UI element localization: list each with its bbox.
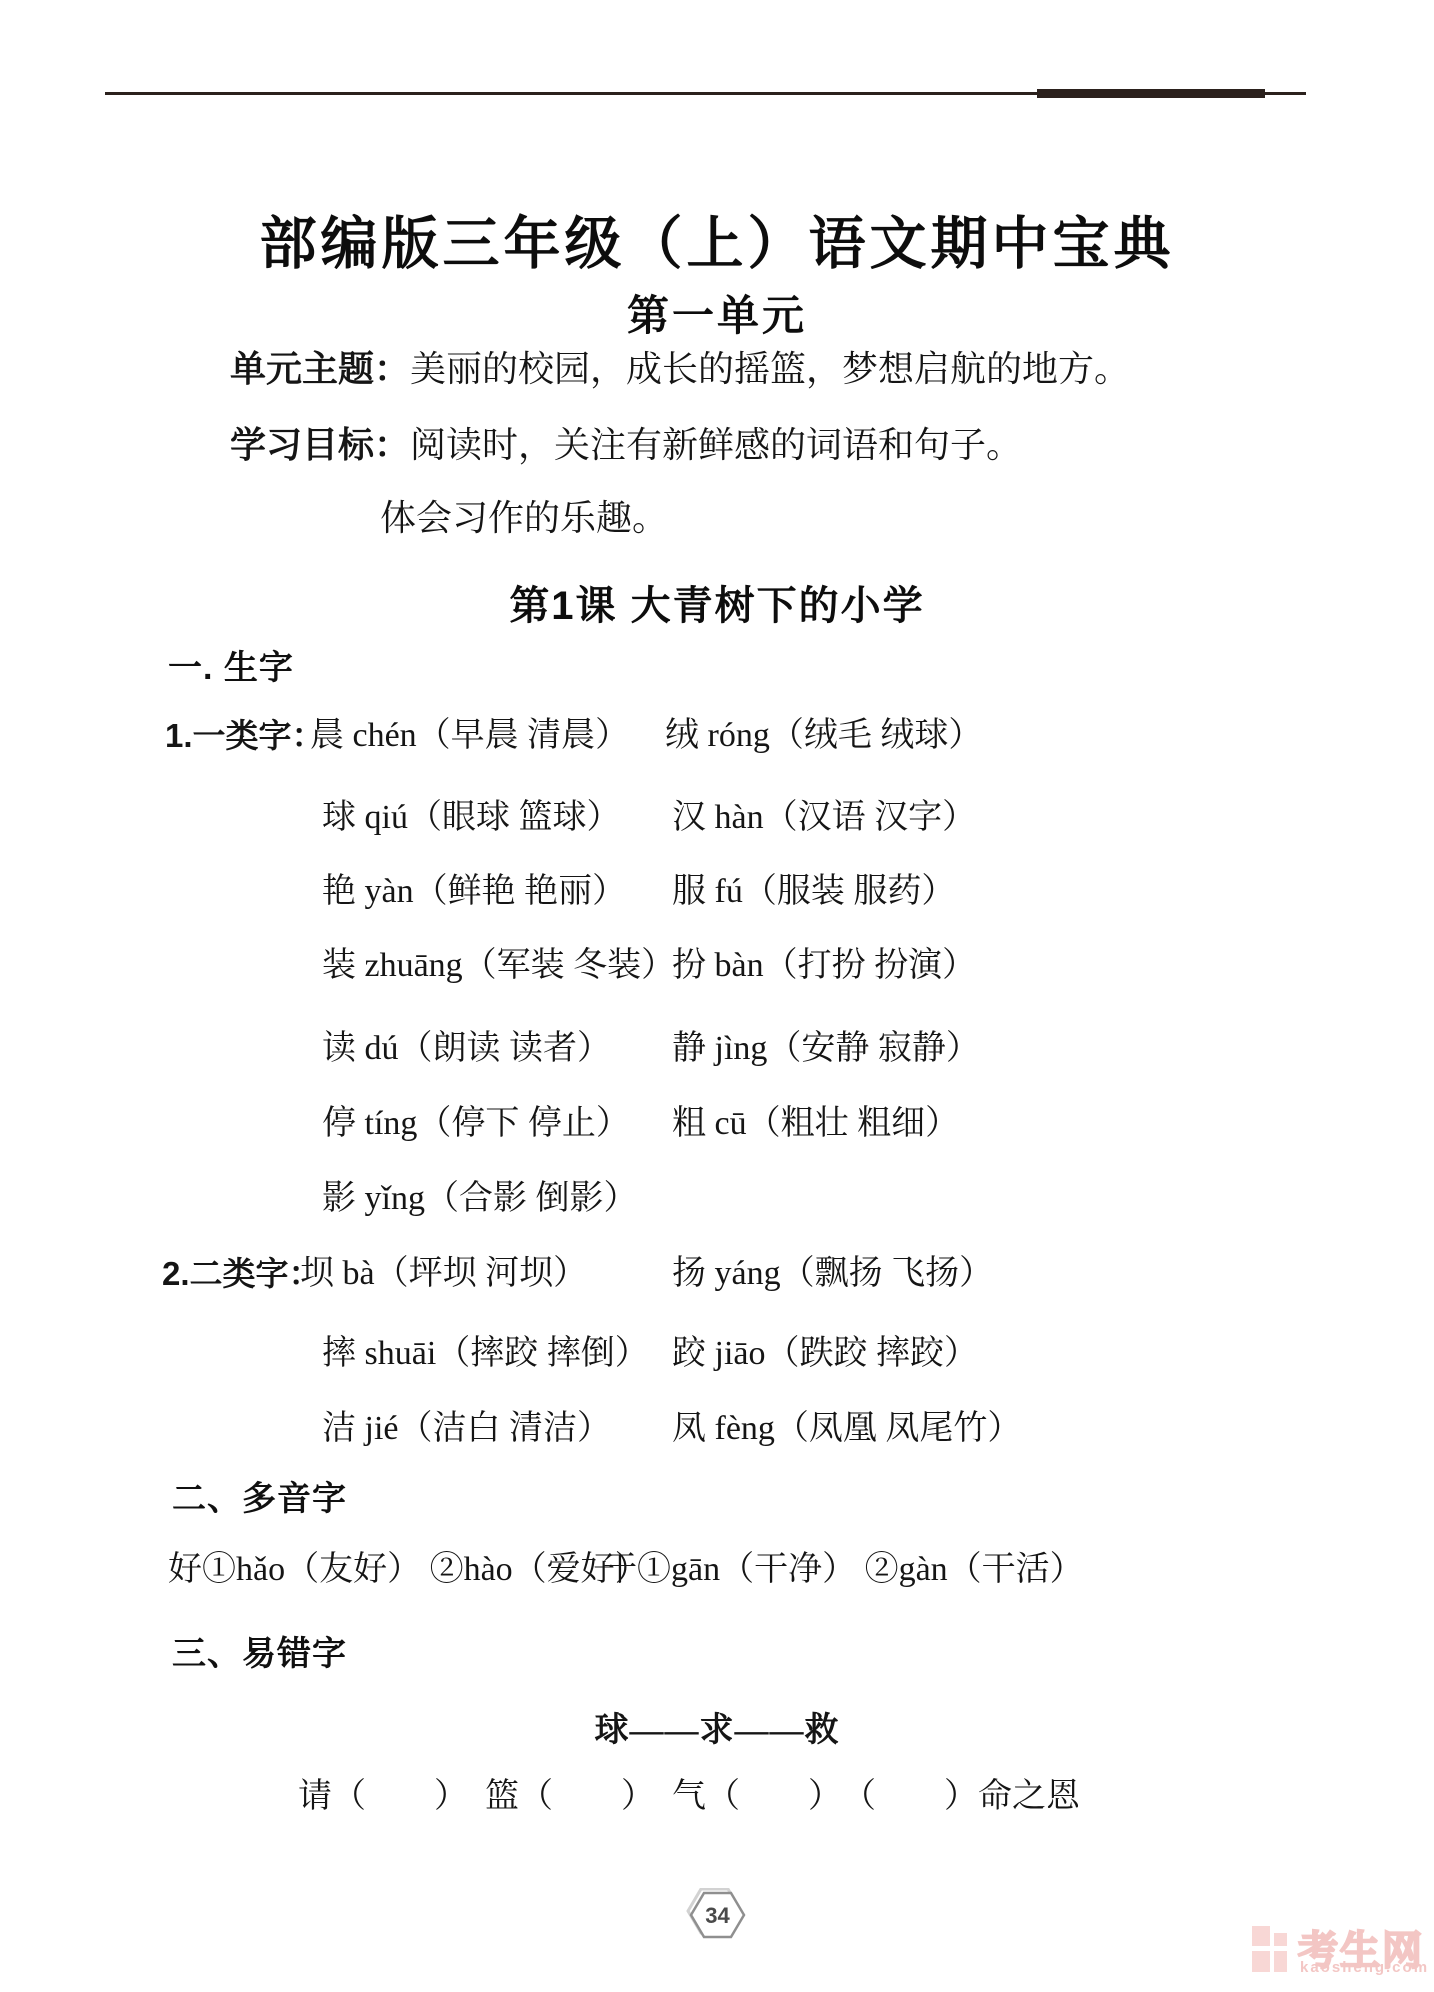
char-row: 1.一类字： 晨 chén（早晨 清晨） 绒 róng（绒毛 绒球） <box>0 715 1434 761</box>
char-entry: 读 dú（朗读 读者） <box>322 1028 611 1070</box>
char-entry: 跤 jiāo（跌跤 摔跤） <box>672 1333 978 1375</box>
char-entry: 晨 chén（早晨 清晨） <box>310 715 629 757</box>
lesson-title: 第1课 大青树下的小学 <box>0 574 1434 631</box>
confusable-chars-line: 球——求——救 <box>0 1702 1434 1751</box>
char-row: 装 zhuāng（军装 冬装） 扮 bàn（打扮 扮演） <box>0 945 1434 991</box>
watermark: 考生网 kaosheng.com <box>1252 1923 1432 1981</box>
char-entry: 静 jìng（安静 寂静） <box>672 1028 980 1070</box>
char-entry: 停 tíng（停下 停止） <box>322 1103 630 1145</box>
section-heading-new-chars: 一. 生字 <box>168 640 294 689</box>
polyphone-line: 好①hǎo（友好） ②hào（爱好） 干①gān（干净） ②gàn（干活） <box>0 1549 1434 1593</box>
page-number-badge: 34 <box>686 1888 746 1942</box>
watermark-logo-icon <box>1274 1933 1287 1946</box>
char-row: 读 dú（朗读 读者） 静 jìng（安静 寂静） <box>0 1028 1434 1074</box>
type2-label: 2.二类字： <box>162 1253 322 1295</box>
unit-theme-text: 美丽的校园，成长的摇篮，梦想启航的地方。 <box>410 349 1130 389</box>
char-entry: 坝 bà（坪坝 河坝） <box>300 1253 587 1295</box>
study-goal-line2: 体会习作的乐趣。 <box>380 498 668 538</box>
document-page: 部编版三年级（上）语文期中宝典 第一单元 单元主题：美丽的校园，成长的摇篮，梦想… <box>0 0 1434 1992</box>
type1-label: 1.一类字： <box>165 715 325 757</box>
char-entry: 艳 yàn（鲜艳 艳丽） <box>322 871 626 913</box>
char-entry: 扮 bàn（打扮 扮演） <box>672 945 976 987</box>
char-entry: 凤 fèng（凤凰 凤尾竹） <box>672 1408 1021 1450</box>
watermark-site-domain: kaosheng.com <box>1300 1959 1429 1976</box>
top-rule-thick-segment <box>1037 89 1265 98</box>
char-entry: 影 yǐng（合影 倒影） <box>322 1178 637 1220</box>
char-row: 停 tíng（停下 停止） 粗 cū（粗壮 粗细） <box>0 1103 1434 1149</box>
char-entry: 服 fú（服装 服药） <box>672 871 955 913</box>
unit-heading: 第一单元 <box>0 283 1434 343</box>
polyphone-entry: 好①hǎo（友好） ②hào（爱好） <box>168 1549 649 1591</box>
study-goal-text: 阅读时，关注有新鲜感的词语和句子。 <box>410 425 1022 465</box>
char-entry: 摔 shuāi（摔跤 摔倒） <box>322 1333 649 1375</box>
hexagon-badge-icon: 34 <box>686 1888 746 1942</box>
section-heading-polyphones: 二、多音字 <box>172 1471 347 1520</box>
unit-theme-line: 单元主题：美丽的校园，成长的摇篮，梦想启航的地方。 <box>230 349 1130 389</box>
char-row: 2.二类字： 坝 bà（坪坝 河坝） 扬 yáng（飘扬 飞扬） <box>0 1253 1434 1299</box>
char-entry: 扬 yáng（飘扬 飞扬） <box>672 1253 993 1295</box>
char-entry: 球 qiú（眼球 篮球） <box>322 797 620 839</box>
char-row: 摔 shuāi（摔跤 摔倒） 跤 jiāo（跌跤 摔跤） <box>0 1333 1434 1379</box>
char-row: 影 yǐng（合影 倒影） <box>0 1178 1434 1224</box>
study-goal-line: 学习目标：阅读时，关注有新鲜感的词语和句子。 <box>230 425 1022 465</box>
char-row: 球 qiú（眼球 篮球） 汉 hàn（汉语 汉字） <box>0 797 1434 843</box>
char-entry: 汉 hàn（汉语 汉字） <box>672 797 976 839</box>
page-number: 34 <box>705 1903 730 1928</box>
unit-theme-label: 单元主题： <box>230 349 410 389</box>
page-title: 部编版三年级（上）语文期中宝典 <box>0 198 1434 280</box>
fill-blanks-line: 请（ ） 篮（ ） 气（ ） （ ）命之恩 <box>298 1776 1080 1818</box>
char-entry: 装 zhuāng（军装 冬装） <box>322 945 675 987</box>
char-row: 艳 yàn（鲜艳 艳丽） 服 fú（服装 服药） <box>0 871 1434 917</box>
char-entry: 洁 jié（洁白 清洁） <box>322 1408 611 1450</box>
section-heading-error-prone: 三、易错字 <box>172 1626 347 1675</box>
char-entry: 粗 cū（粗壮 粗细） <box>672 1103 959 1145</box>
polyphone-entry: 干①gān（干净） ②gàn（干活） <box>603 1549 1084 1591</box>
watermark-logo-icon <box>1274 1951 1287 1972</box>
watermark-logo-icon <box>1252 1951 1270 1972</box>
char-entry: 绒 róng（绒毛 绒球） <box>665 715 982 757</box>
char-row: 洁 jié（洁白 清洁） 凤 fèng（凤凰 凤尾竹） <box>0 1408 1434 1454</box>
study-goal-label: 学习目标： <box>230 425 410 465</box>
watermark-logo-icon <box>1252 1926 1270 1946</box>
